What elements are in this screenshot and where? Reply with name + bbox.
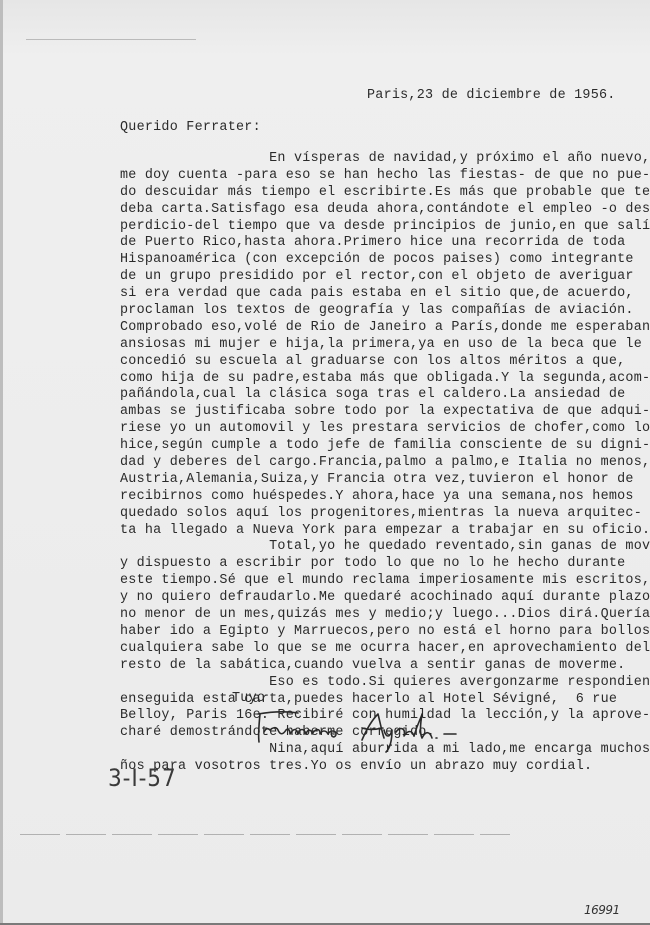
body-line: ambas se justificaba sobre todo por la e…	[120, 404, 650, 421]
body-line: de Puerto Rico,hasta ahora.Primero hice …	[120, 235, 650, 252]
salutation: Querido Ferrater:	[120, 120, 261, 137]
fold-line-top	[26, 39, 196, 40]
body-line: Comprobado eso,volé de Rio de Janeiro a …	[120, 320, 650, 337]
closing: Tuyo	[232, 691, 265, 708]
body-line: proclaman los textos de geografía y las …	[120, 303, 650, 320]
letter-page: Paris,23 de diciembre de 1956. Querido F…	[0, 0, 650, 925]
body-line: si era verdad que cada pais estaba en el…	[120, 286, 650, 303]
place-date: Paris,23 de diciembre de 1956.	[367, 88, 616, 105]
body-line: y dispuesto a escribir por todo lo que n…	[120, 556, 650, 573]
body-line: no menor de un mes,quizás mes y medio;y …	[120, 607, 650, 624]
body-line: ños para vosotros tres.Yo os envío un ab…	[120, 759, 650, 776]
body-line: haber ido a Egipto y Marruecos,pero no e…	[120, 624, 650, 641]
body-line: cualquiera sabe lo que se me ocurra hace…	[120, 641, 650, 658]
body-line: resto de la sabática,cuando vuelva a sen…	[120, 658, 650, 675]
body-line: este tiempo.Sé que el mundo reclama impe…	[120, 573, 650, 590]
handwritten-date: 3-I-57	[108, 764, 177, 792]
body-line: me doy cuenta -para eso se han hecho las…	[120, 168, 650, 185]
body-line: hice,según cumple a todo jefe de familia…	[120, 438, 650, 455]
archive-number: 16991	[584, 903, 620, 917]
body-line: ansiosas mi mujer e hija,la primera,ya e…	[120, 337, 650, 354]
body-line: dad y deberes del cargo.Francia,palmo a …	[120, 455, 650, 472]
body-line: de un grupo presidido por el rector,con …	[120, 269, 650, 286]
body-line: y no quiero defraudarlo.Me quedaré acoch…	[120, 590, 650, 607]
signature	[250, 708, 480, 754]
body-line: do descuidar más tiempo el escribirte.Es…	[120, 185, 650, 202]
body-line: Total,yo he quedado reventado,sin ganas …	[120, 539, 650, 556]
body-line: enseguida esta carta,puedes hacerlo al H…	[120, 692, 650, 709]
body-line: riese yo un automovil y les prestara ser…	[120, 421, 650, 438]
body-line: recibirnos como huéspedes.Y ahora,hace y…	[120, 489, 650, 506]
body-line: Eso es todo.Si quieres avergonzarme resp…	[120, 675, 650, 692]
body-line: Hispanoamérica (con excepción de pocos p…	[120, 252, 650, 269]
letter-body: En vísperas de navidad,y próximo el año …	[120, 151, 650, 776]
body-line: como hija de su padre,estaba más que obl…	[120, 371, 650, 388]
body-line: quedado solos aquí los progenitores,mien…	[120, 506, 650, 523]
body-line: ta ha llegado a Nueva York para empezar …	[120, 523, 650, 540]
fold-line-bottom	[20, 834, 510, 835]
body-line: concedió su escuela al graduarse con los…	[120, 354, 650, 371]
body-line: En vísperas de navidad,y próximo el año …	[120, 151, 650, 168]
body-line: perdicio-del tiempo que va desde princip…	[120, 219, 650, 236]
body-line: deba carta.Satisfago esa deuda ahora,con…	[120, 202, 650, 219]
page-edge	[0, 0, 3, 925]
body-line: Austria,Alemania,Suiza,y Francia otra ve…	[120, 472, 650, 489]
body-line: pañándola,cual la clásica soga tras el c…	[120, 387, 650, 404]
